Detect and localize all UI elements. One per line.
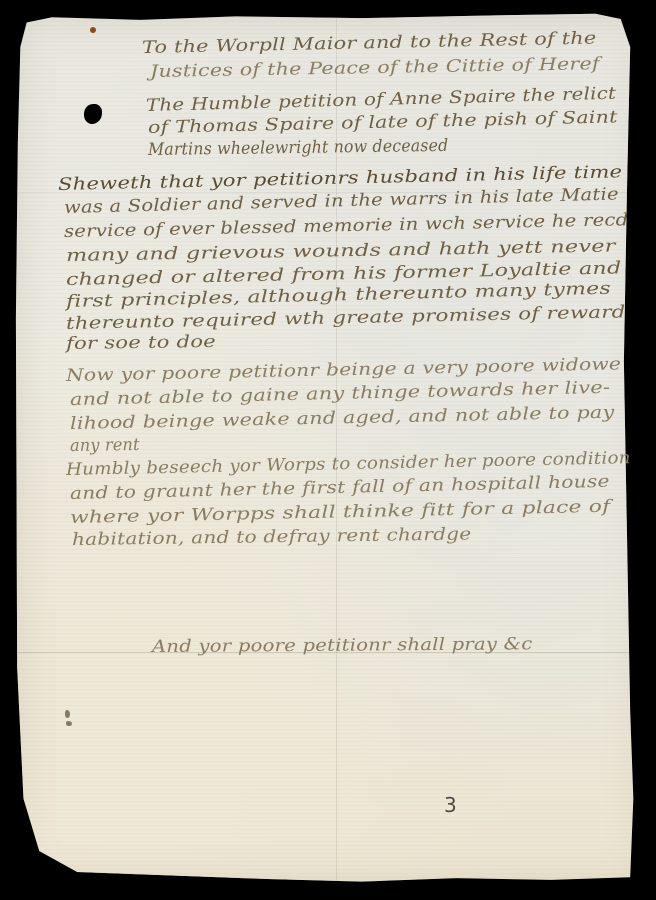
paragraph-line: any rent — [70, 435, 140, 456]
ink-mark — [65, 710, 70, 718]
address-line: Martins wheelewright now deceased — [148, 136, 449, 160]
petition-closing: And yor poore petitionr shall pray &c — [152, 634, 533, 657]
rust-spot — [90, 27, 96, 33]
document-viewer: To the Worpll Maior and to the Rest of t… — [0, 0, 656, 900]
folio-number: 3 — [444, 793, 457, 817]
ink-mark — [66, 721, 72, 726]
paragraph-line: for soe to doe — [66, 332, 216, 354]
